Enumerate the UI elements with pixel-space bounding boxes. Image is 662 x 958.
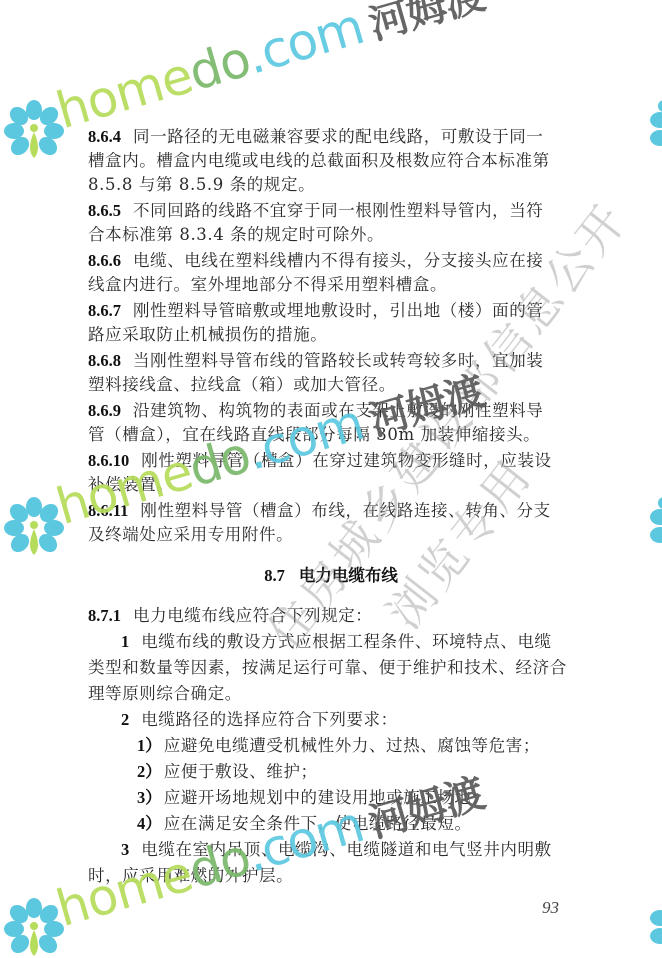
clause-number: 8.6.10 xyxy=(88,451,129,470)
clause-8-6-7-line-2: 路应采取防止机械损伤的措施。 xyxy=(88,324,576,346)
flower-logo-icon xyxy=(648,98,662,162)
clause-8-6-6-line-1: 8.6.6电缆、电线在塑料线槽内不得有接头，分支接头应在接 xyxy=(88,250,576,272)
clause-8-7-1: 8.7.1电力电缆布线应符合下列规定： xyxy=(88,605,576,627)
clause-number: 8.6.9 xyxy=(88,401,121,420)
clause-8-6-11-line-2: 及终端处应采用专用附件。 xyxy=(88,524,576,546)
clause-number: 8.6.7 xyxy=(88,301,121,320)
clause-number: 8.7.1 xyxy=(88,606,121,625)
document-page: 8.6.4同一路径的无电磁兼容要求的配电线路，可敷设于同一 槽盒内。槽盒内电缆或… xyxy=(0,0,662,958)
subitem-4: 4）应在满足安全条件下，使电缆路径最短。 xyxy=(137,813,625,835)
watermark-brand: homedo.com河姆渡 xyxy=(50,0,490,140)
flower-logo-icon xyxy=(2,98,66,162)
item-2-line-1: 2电缆路径的选择应符合下列要求： xyxy=(121,709,609,731)
flower-logo-icon xyxy=(2,495,66,559)
clause-8-6-8-line-2: 塑料接线盒、拉线盒（箱）或加大管径。 xyxy=(88,374,576,396)
flower-logo-icon xyxy=(2,896,66,958)
page-number: 93 xyxy=(542,898,559,918)
clause-8-6-10-line-2: 补偿装置。 xyxy=(88,474,576,496)
clause-8-6-8-line-1: 8.6.8当刚性塑料导管布线的管路较长或转弯较多时，宜加装 xyxy=(88,350,576,372)
clause-8-6-10-line-1: 8.6.10刚性塑料导管（槽盒）在穿过建筑物变形缝时，应装设 xyxy=(88,450,576,472)
clause-8-6-6-line-2: 线盒内进行。室外埋地部分不得采用塑料槽盒。 xyxy=(88,274,576,296)
clause-8-6-4-line-1: 8.6.4同一路径的无电磁兼容要求的配电线路，可敷设于同一 xyxy=(88,126,576,148)
clause-8-6-7-line-1: 8.6.7刚性塑料导管暗敷或埋地敷设时，引出地（楼）面的管 xyxy=(88,300,576,322)
item-1-line-2: 类型和数量等因素，按满足运行可靠、便于维护和技术、经济合 xyxy=(88,657,576,679)
clause-8-6-9-line-2: 管（槽盒），宜在线路直线段部分每隔 30m 加装伸缩接头。 xyxy=(88,424,576,446)
item-1-line-1: 1电缆布线的敷设方式应根据工程条件、环境特点、电缆 xyxy=(121,631,609,653)
clause-number: 8.6.5 xyxy=(88,201,121,220)
clause-8-6-5-line-1: 8.6.5不同回路的线路不宜穿于同一根刚性塑料导管内，当符 xyxy=(88,200,576,222)
subitem-3: 3）应避开场地规划中的建设用地或施工场地； xyxy=(137,787,625,809)
item-1-line-3: 理等原则综合确定。 xyxy=(88,683,576,705)
clause-number: 8.6.4 xyxy=(88,127,121,146)
item-3-line-2: 时，应采用难燃的外护层。 xyxy=(88,865,576,887)
clause-8-6-5-line-2: 合本标准第 8.3.4 条的规定时可除外。 xyxy=(88,224,576,246)
subitem-2: 2）应便于敷设、维护； xyxy=(137,761,625,783)
subitem-1: 1）应避免电缆遭受机械性外力、过热、腐蚀等危害； xyxy=(137,735,625,757)
item-3-line-1: 3电缆在室内吊顶、电缆沟、电缆隧道和电气竖井内明敷 xyxy=(121,839,609,861)
clause-8-6-4-line-3: 8.5.8 与第 8.5.9 条的规定。 xyxy=(88,174,576,196)
flower-logo-icon xyxy=(648,896,662,958)
clause-8-6-4-line-2: 槽盒内。槽盒内电缆或电线的总截面积及根数应符合本标准第 xyxy=(88,150,576,172)
clause-number: 8.6.8 xyxy=(88,351,121,370)
clause-number: 8.6.11 xyxy=(88,501,128,520)
clause-number: 8.6.6 xyxy=(88,251,121,270)
section-heading: 8.7电力电缆布线 xyxy=(0,565,662,587)
flower-logo-icon xyxy=(648,495,662,559)
clause-8-6-9-line-1: 8.6.9沿建筑物、构筑物的表面或在支架上敷设的刚性塑料导 xyxy=(88,400,576,422)
clause-8-6-11-line-1: 8.6.11刚性塑料导管（槽盒）布线，在线路连接、转角、分支 xyxy=(88,500,576,522)
